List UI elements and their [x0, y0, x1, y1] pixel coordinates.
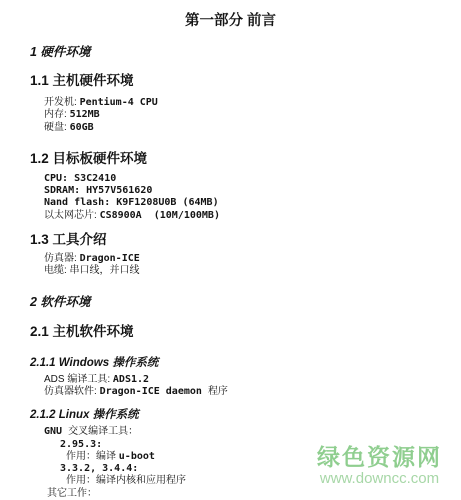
spec-line-dev-machine: 开发机: Pentium-4 CPU [44, 97, 461, 109]
spec-line-gnu-toolchain: GNU 交叉编译工具： [44, 426, 461, 438]
spec-line-cpu: CPU: S3C2410 [44, 173, 461, 185]
heading-windows-os: 2.1.1 Windows 操作系统 [30, 356, 461, 370]
spec-line-cables: 电缆: 串口线，并口线 [44, 265, 461, 277]
watermark-site-url: www.downcc.com [317, 470, 442, 487]
tools-specs: 仿真器: Dragon-ICE 电缆: 串口线，并口线 [0, 253, 461, 278]
heading-tools-intro: 1.3 工具介绍 [30, 232, 461, 248]
heading-host-hardware: 1.1 主机硬件环境 [30, 73, 461, 89]
spec-line-emulator: 仿真器: Dragon-ICE [44, 253, 461, 265]
spec-line-ethernet-chip: 以太网芯片: CS8900A (10M/100MB) [44, 210, 461, 222]
spec-line-ads-tool: ADS 编译工具: ADS1.2 [44, 374, 461, 386]
heading-linux-os: 2.1.2 Linux 操作系统 [30, 408, 461, 422]
heading-software-env: 2 软件环境 [30, 295, 461, 310]
target-hardware-specs: CPU: S3C2410 SDRAM: HY57V561620 Nand fla… [0, 173, 461, 222]
windows-specs: ADS 编译工具: ADS1.2 仿真器软件: Dragon-ICE daemo… [0, 374, 461, 399]
heading-hardware-env: 1 硬件环境 [30, 45, 461, 60]
spec-line-nand-flash: Nand flash: K9F1208U0B (64MB) [44, 197, 461, 209]
watermark: 绿色资源网 www.downcc.com [317, 444, 442, 487]
host-hardware-specs: 开发机: Pentium-4 CPU 内存: 512MB 硬盘: 60GB [0, 97, 461, 134]
document-page: 第一部分 前言 1 硬件环境 1.1 主机硬件环境 开发机: Pentium-4… [0, 0, 461, 500]
heading-host-software: 2.1 主机软件环境 [30, 324, 461, 340]
spec-line-memory: 内存: 512MB [44, 109, 461, 121]
watermark-site-name: 绿色资源网 [317, 444, 442, 470]
spec-line-disk: 硬盘: 60GB [44, 122, 461, 134]
spec-line-emulator-software: 仿真器软件: Dragon-ICE daemon 程序 [44, 386, 461, 398]
spec-line-sdram: SDRAM: HY57V561620 [44, 185, 461, 197]
heading-target-hardware: 1.2 目标板硬件环境 [30, 151, 461, 167]
page-title: 第一部分 前言 [0, 0, 461, 30]
spec-line-other-work: 其它工作： [47, 488, 461, 500]
